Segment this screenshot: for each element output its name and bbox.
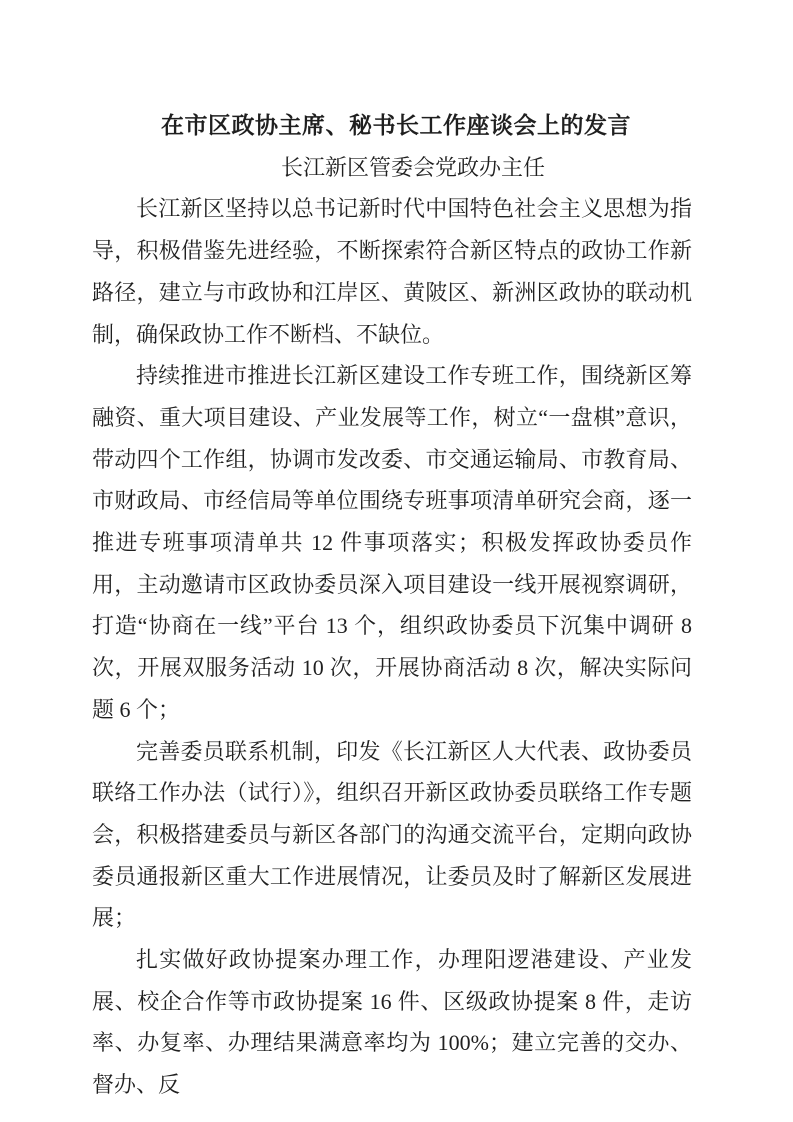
body-paragraph-1: 长江新区坚持以总书记新时代中国特色社会主义思想为指导，积极借鉴先进经验，不断探索… — [92, 188, 692, 355]
body-paragraph-3: 完善委员联系机制，印发《长江新区人大代表、政协委员联络工作办法（试行）》，组织召… — [92, 731, 692, 940]
document-title: 在市区政协主席、秘书长工作座谈会上的发言 — [92, 105, 692, 147]
body-paragraph-2: 持续推进市推进长江新区建设工作专班工作，围绕新区筹融资、重大项目建设、产业发展等… — [92, 355, 692, 730]
document-byline: 长江新区管委会党政办主任 — [92, 147, 692, 189]
document-page: 在市区政协主席、秘书长工作座谈会上的发言 长江新区管委会党政办主任 长江新区坚持… — [0, 0, 793, 1122]
document-content: 在市区政协主席、秘书长工作座谈会上的发言 长江新区管委会党政办主任 长江新区坚持… — [92, 105, 692, 1106]
body-paragraph-4: 扎实做好政协提案办理工作，办理阳逻港建设、产业发展、校企合作等市政协提案 16 … — [92, 939, 692, 1106]
